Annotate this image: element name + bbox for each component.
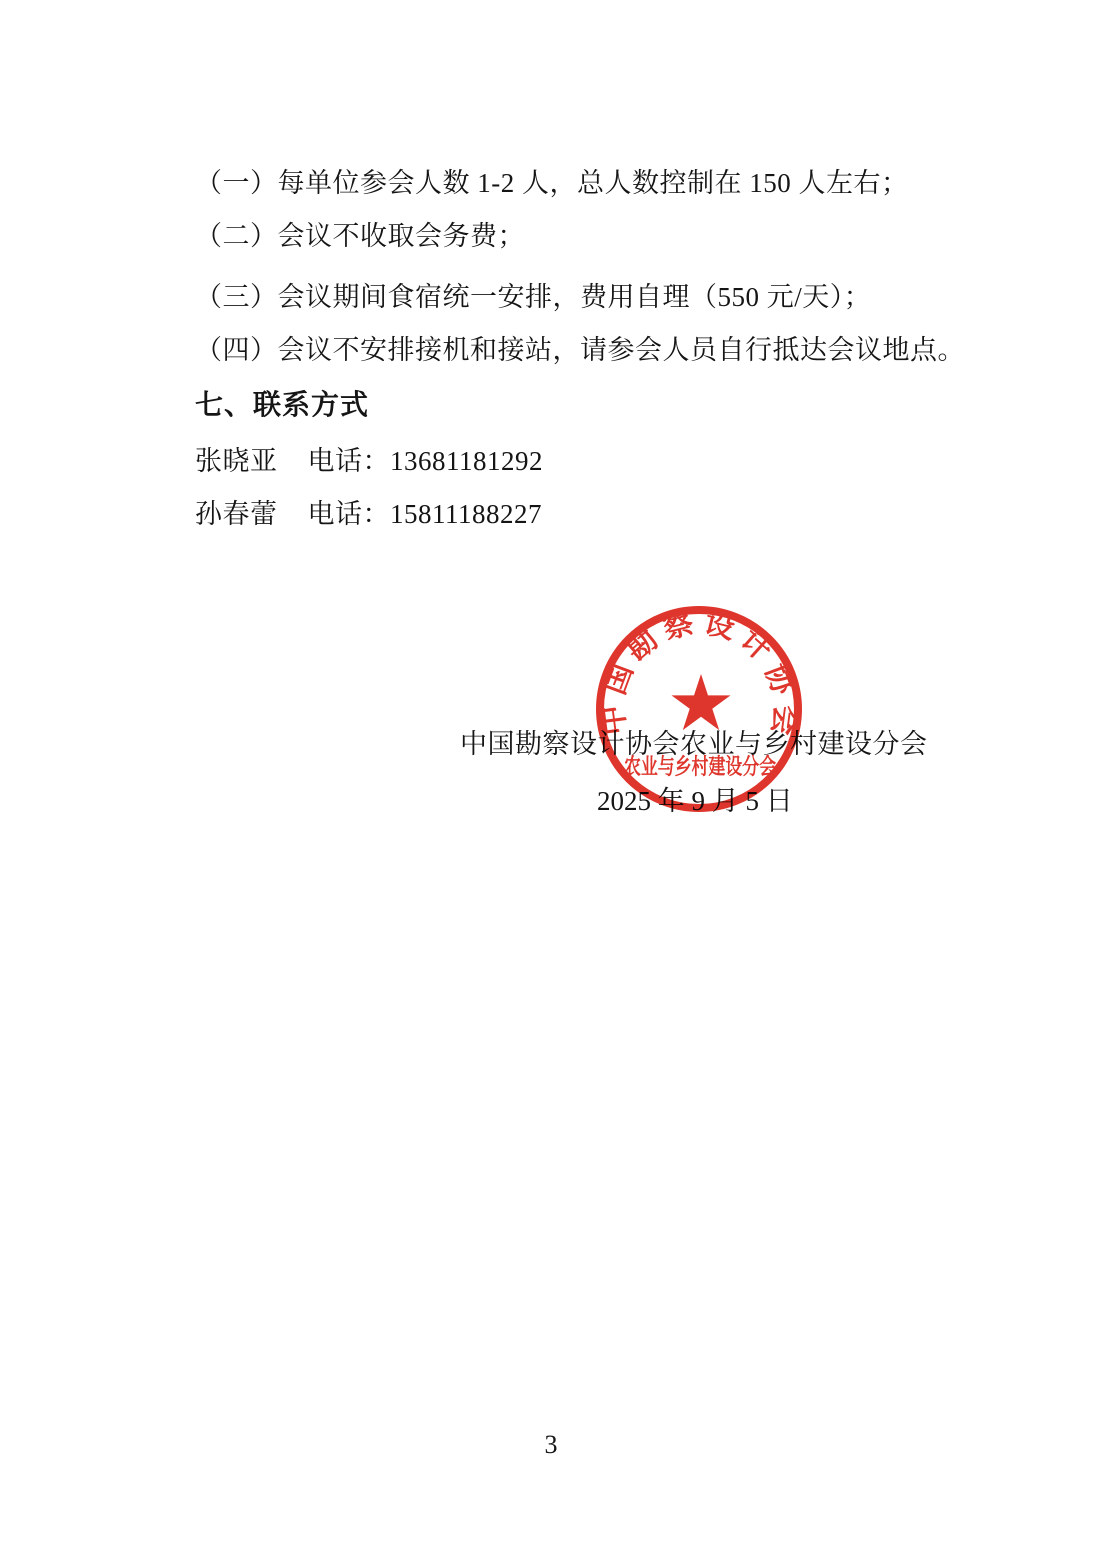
contact-line-1: 张晓亚电话：13681181292	[195, 445, 543, 477]
seal-banner-text: 农业与乡村建设分会	[624, 754, 776, 779]
page-number: 3	[0, 1430, 1102, 1460]
section-heading: 七、联系方式	[195, 389, 369, 421]
list-item-4: （四）会议不安排接机和接站，请参会人员自行抵达会议地点。	[195, 334, 965, 366]
list-item-3: （三）会议期间食宿统一安排，费用自理（550 元/天）；	[195, 281, 871, 313]
star-icon	[672, 674, 731, 730]
document-page: （一）每单位参会人数 1-2 人，总人数控制在 150 人左右； （二）会议不收…	[0, 0, 1102, 1559]
contact-name: 张晓亚	[195, 446, 278, 476]
contact-phone-number: 15811188227	[390, 499, 542, 529]
contact-phone-number: 13681181292	[390, 446, 543, 476]
list-item-2: （二）会议不收取会务费；	[195, 220, 525, 252]
official-seal: 中国勘察设计协会 农业与乡村建设分会	[584, 594, 814, 824]
contact-phone-label: 电话：	[308, 446, 391, 476]
list-item-1: （一）每单位参会人数 1-2 人，总人数控制在 150 人左右；	[195, 167, 909, 199]
contact-name: 孙春蕾	[195, 499, 278, 529]
contact-phone-label: 电话：	[308, 499, 391, 529]
contact-line-2: 孙春蕾电话：15811188227	[195, 498, 542, 530]
